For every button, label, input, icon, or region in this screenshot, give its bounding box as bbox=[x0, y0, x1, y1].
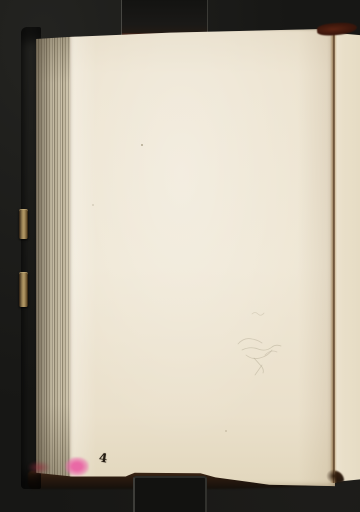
brass-clasp-lower bbox=[19, 272, 28, 307]
brass-clasp-upper bbox=[19, 209, 28, 239]
red-smudge-mark bbox=[28, 461, 50, 474]
top-clamp-bar bbox=[121, 0, 208, 35]
paper-speck bbox=[141, 144, 143, 146]
right-page-sliver bbox=[333, 31, 360, 483]
paper-speck bbox=[225, 430, 227, 432]
pink-stamp-mark bbox=[65, 457, 89, 476]
corner-leather-peek bbox=[317, 22, 358, 37]
paper-speck bbox=[92, 204, 94, 206]
blank-page bbox=[70, 28, 335, 487]
bottom-clamp-bar bbox=[133, 476, 207, 512]
pencil-sketch bbox=[232, 308, 292, 383]
photograph-of-open-sketchbook: 4 bbox=[0, 0, 360, 512]
gutter-crease bbox=[330, 29, 337, 483]
left-page-block bbox=[36, 28, 335, 487]
